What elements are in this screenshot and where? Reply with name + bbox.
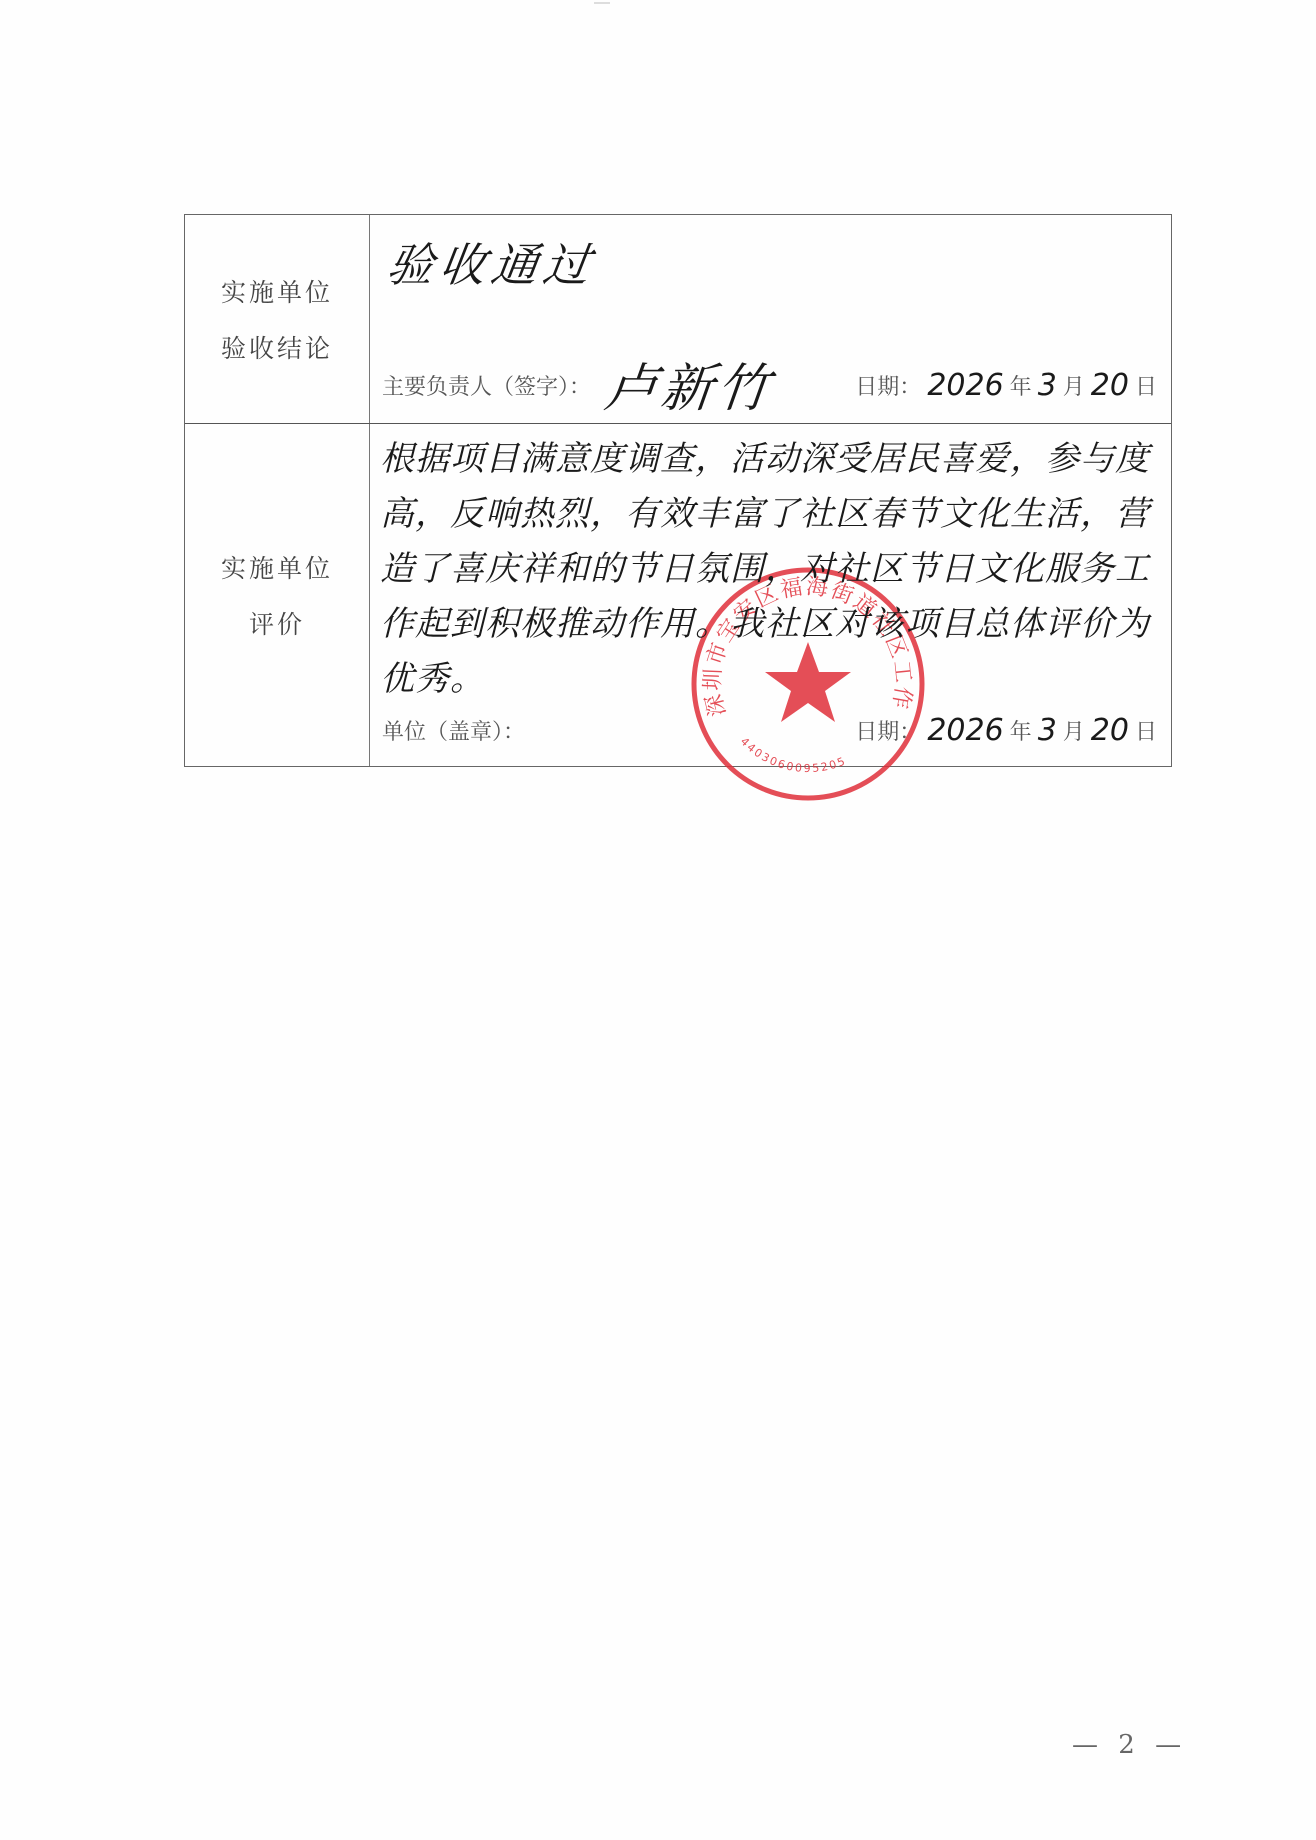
- acceptance-form-table: 实施单位 验收结论 验收通过 主要负责人（签字）： 卢新竹 日期： 2026 年…: [184, 214, 1172, 767]
- label-line-2: 评价: [249, 605, 305, 641]
- date-month: 3: [1038, 371, 1057, 401]
- date-month: 3: [1038, 716, 1057, 746]
- page-number: — 2 —: [1072, 1730, 1187, 1760]
- date-year: 2026: [927, 716, 1003, 746]
- day-unit: 日: [1135, 370, 1157, 401]
- month-unit: 月: [1063, 370, 1085, 401]
- month-unit: 月: [1063, 715, 1085, 746]
- date-label: 日期：: [855, 370, 921, 401]
- acceptance-conclusion-label: 实施单位 验收结论: [185, 215, 370, 423]
- seal-code-text: 4403060095205: [738, 735, 849, 775]
- acceptance-conclusion-row: 实施单位 验收结论 验收通过 主要负责人（签字）： 卢新竹 日期： 2026 年…: [185, 215, 1171, 424]
- scan-artifact: [594, 2, 610, 4]
- document-page: 实施单位 验收结论 验收通过 主要负责人（签字）： 卢新竹 日期： 2026 年…: [0, 0, 1316, 1840]
- acceptance-date: 日期： 2026 年 3 月 20 日: [855, 370, 1157, 401]
- date-day: 20: [1091, 371, 1129, 401]
- signature-line: 主要负责人（签字）： 卢新竹 日期： 2026 年 3 月 20 日: [382, 363, 1157, 401]
- evaluation-content: 根据项目满意度调查，活动深受居民喜爱，参与度高，反响热烈，有效丰富了社区春节文化…: [370, 424, 1171, 766]
- label-line-1: 实施单位: [221, 273, 333, 309]
- evaluation-row: 实施单位 评价 根据项目满意度调查，活动深受居民喜爱，参与度高，反响热烈，有效丰…: [185, 424, 1171, 766]
- evaluation-label: 实施单位 评价: [185, 424, 370, 766]
- date-day: 20: [1091, 716, 1129, 746]
- svg-text:4403060095205: 4403060095205: [738, 735, 849, 775]
- unit-seal-label: 单位（盖章）：: [382, 715, 525, 746]
- handwritten-evaluation: 根据项目满意度调查，活动深受居民喜爱，参与度高，反响热烈，有效丰富了社区春节文化…: [380, 432, 1161, 707]
- date-year: 2026: [927, 371, 1003, 401]
- label-line-1: 实施单位: [221, 549, 333, 585]
- day-unit: 日: [1135, 715, 1157, 746]
- year-unit: 年: [1010, 370, 1032, 401]
- label-line-2: 验收结论: [221, 329, 333, 365]
- handwritten-signature: 卢新竹: [602, 363, 775, 415]
- signer-label: 主要负责人（签字）：: [382, 370, 591, 401]
- acceptance-conclusion-content: 验收通过 主要负责人（签字）： 卢新竹 日期： 2026 年 3 月 20 日: [370, 215, 1171, 423]
- year-unit: 年: [1010, 715, 1032, 746]
- handwritten-conclusion: 验收通过: [383, 229, 600, 295]
